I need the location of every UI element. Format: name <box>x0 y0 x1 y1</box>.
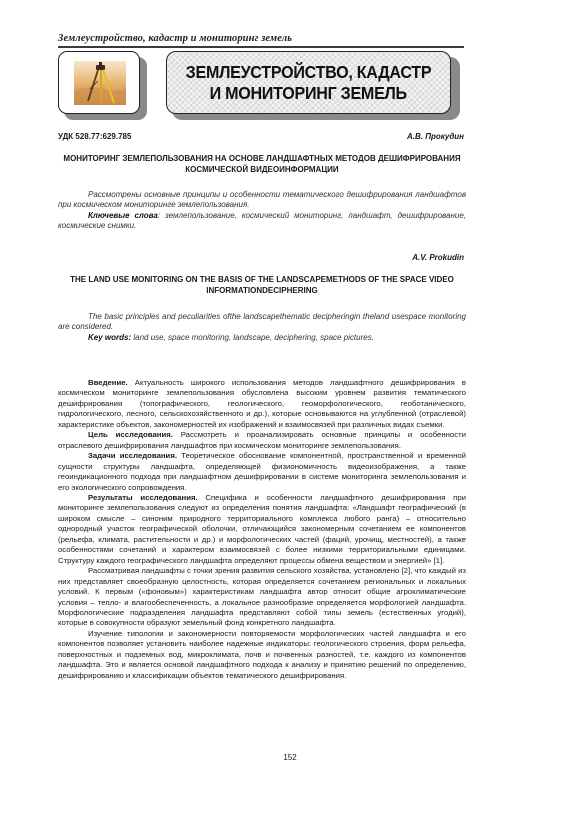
tripod-icon <box>74 61 126 105</box>
abstract-ru-text: Рассмотрены основные принципы и особенно… <box>58 190 466 211</box>
udk-code: УДК 528.77:629.785 <box>58 132 131 141</box>
paragraph-results: Результаты исследования. Специфика и осо… <box>58 493 466 566</box>
paragraph-lead: Цель исследования. <box>88 430 173 439</box>
paragraph-text: Специфика и особенности ландшафтного деш… <box>58 493 466 565</box>
author-ru: А.В. Прокудин <box>407 132 464 141</box>
paragraph-tasks: Задачи исследования. Теоретическое обосн… <box>58 451 466 493</box>
abstract-en-text: The basic principles and peculiarities o… <box>58 312 466 333</box>
paragraph-text: Рассматривая ландшафты с точки зрения ра… <box>58 566 466 627</box>
article-body: Введение. Актуальность широкого использо… <box>58 378 466 681</box>
paragraph-lead: Результаты исследования. <box>88 493 198 502</box>
banner-title-line1: ЗЕМЛЕУСТРОЙСТВО, КАДАСТР <box>186 62 432 83</box>
page-number: 152 <box>0 753 580 762</box>
banner-title-line2: И МОНИТОРИНГ ЗЕМЕЛЬ <box>210 83 407 104</box>
article-title-en: THE LAND USE MONITORING ON THE BASIS OF … <box>58 275 466 296</box>
paragraph-lead: Задачи исследования. <box>88 451 177 460</box>
keywords-en-list: land use, space monitoring, landscape, d… <box>131 333 374 342</box>
running-head: Землеустройство, кадастр и мониторинг зе… <box>58 33 466 44</box>
header-rule <box>58 46 464 48</box>
keywords-ru: Ключевые слова: землепользование, космич… <box>58 211 466 232</box>
keywords-ru-label: Ключевые слова <box>88 211 158 220</box>
survey-tripod-photo <box>74 61 126 105</box>
author-en: A.V. Prokudin <box>412 253 464 262</box>
article-title-ru: МОНИТОРИНГ ЗЕМЛЕПОЛЬЗОВАНИЯ НА ОСНОВЕ ЛА… <box>58 154 466 175</box>
abstract-ru: Рассмотрены основные принципы и особенно… <box>58 190 466 232</box>
keywords-en: Key words: land use, space monitoring, l… <box>58 333 466 343</box>
keywords-en-label: Key words: <box>88 333 131 342</box>
abstract-en: The basic principles and peculiarities o… <box>58 312 466 343</box>
paragraph-text: Изучение типологии и закономерности повт… <box>58 629 466 680</box>
section-banner: ЗЕМЛЕУСТРОЙСТВО, КАДАСТР И МОНИТОРИНГ ЗЕ… <box>166 51 451 114</box>
thumbnail-frame <box>58 51 140 114</box>
paragraph-introduction: Введение. Актуальность широкого использо… <box>58 378 466 430</box>
paragraph-goal: Цель исследования. Рассмотреть и проанал… <box>58 430 466 451</box>
paragraph-typology: Изучение типологии и закономерности повт… <box>58 629 466 681</box>
paragraph-lead: Введение. <box>88 378 128 387</box>
paragraph-agriculture: Рассматривая ландшафты с точки зрения ра… <box>58 566 466 629</box>
